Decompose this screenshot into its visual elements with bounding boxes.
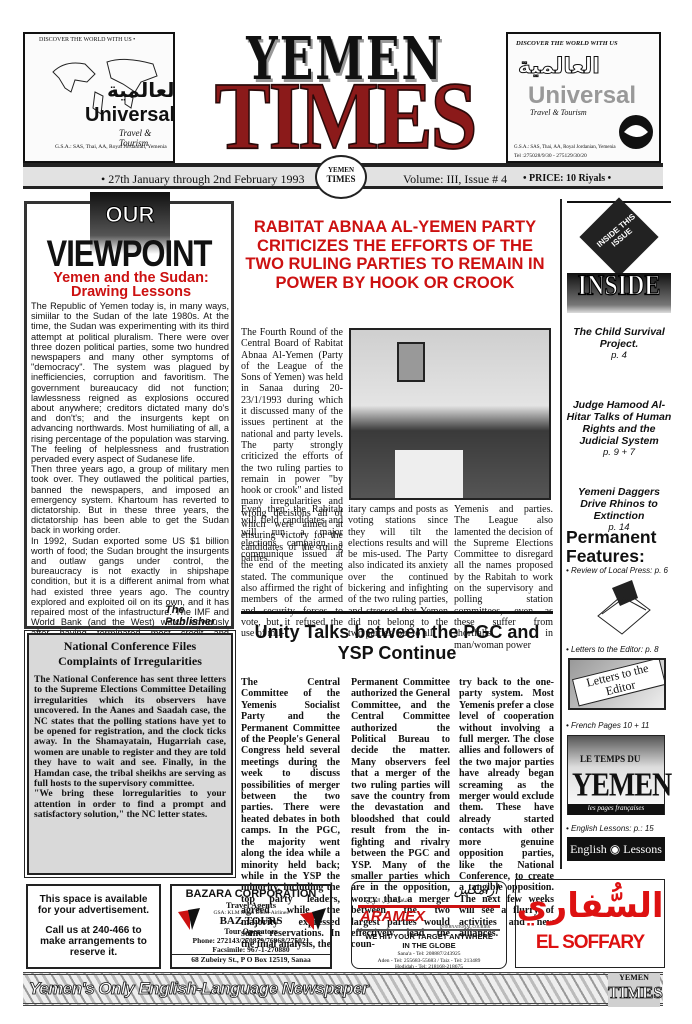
- inside-item-title: Judge Hamood Al-Hitar Talks of Human Rig…: [566, 399, 672, 447]
- feature-item-french[interactable]: • French Pages 10 + 11: [566, 721, 649, 730]
- aramex-arabic: ارامكس: [352, 884, 506, 898]
- ad-available-line2: Call us at 240-466 to make arrangements …: [32, 925, 155, 958]
- footer-logo-top: YEMEN: [608, 973, 660, 983]
- inside-banner-text: INSIDE: [567, 270, 671, 302]
- issue-volume: Volume: III, Issue # 4: [403, 172, 507, 187]
- ad-bazara[interactable]: BAZARA CORPORATION Travel Agents GSA: KL…: [170, 884, 332, 969]
- inside-graphic: INSIDE THIS ISSUE INSIDE: [567, 201, 671, 313]
- bazara-logo-right: [300, 908, 326, 932]
- times-seal: YEMEN TIMES: [315, 155, 367, 199]
- inside-item-title: The Child Survival Project.: [566, 326, 672, 350]
- bazara-address: 68 Zubeiry St., P O Box 12519, Sanaa: [172, 954, 330, 964]
- inside-item-title: Yemeni Daggers Drive Rhinos to Extinctio…: [566, 486, 672, 522]
- nc-body: The National Conference has sent three l…: [34, 675, 226, 821]
- ad-arabic: العالمية: [518, 54, 600, 79]
- soffary-brand: EL SOFFARY: [516, 932, 664, 954]
- footer-slogan: Yemen's Only English-Language Newspaper: [29, 979, 368, 999]
- aramex-slogan: WE HIT YOUR TARGET ANYWHERE IN THE GLOBE: [352, 931, 506, 951]
- aramex-brand: ARAMEX: [352, 909, 506, 924]
- ad-arabic: العالمية: [107, 78, 175, 102]
- ad-universal-right[interactable]: DISCOVER THE WORLD WITH US العالمية Univ…: [506, 32, 661, 163]
- nc-headline: National Conference Files Complaints of …: [34, 639, 226, 669]
- french-top: LE TEMPS DU: [580, 754, 640, 764]
- nc-box: National Conference Files Complaints of …: [27, 633, 233, 875]
- issue-dates: • 27th January through 2nd February 1993: [101, 172, 305, 187]
- features-title: Permanent Features:: [566, 528, 672, 566]
- ad-border-text: DISCOVER THE WORLD WITH US •: [39, 37, 135, 43]
- newspaper-icon: [592, 576, 654, 638]
- unity-headline: Unity Talks between the PGC and YSP Cont…: [244, 622, 550, 664]
- ad-brand: Universal: [528, 82, 636, 110]
- feature-item-english[interactable]: • English Lessons: p.: 15: [566, 824, 654, 833]
- french-pages-graphic: LE TEMPS DU YEMEN les pages françaises: [567, 735, 665, 815]
- inside-item-page: p. 9 + 7: [566, 447, 672, 458]
- english-lessons-graphic: English ◉ Lessons: [567, 837, 665, 861]
- feature-item-letters[interactable]: • Letters to the Editor: p. 8: [566, 645, 659, 654]
- ad-tel: Tel :275028/9/30 - 275129/30/20: [514, 153, 587, 159]
- inside-list: The Child Survival Project. p. 4 Judge H…: [566, 326, 672, 533]
- letters-graphic: Letters to the Editor: [568, 658, 666, 710]
- ad-available-line1: This space is available for your adverti…: [32, 894, 155, 916]
- seal-top: YEMEN: [317, 166, 365, 174]
- nc-paragraph: The National Conference has sent three l…: [34, 675, 226, 789]
- meeting-photo: [349, 328, 551, 500]
- ad-gsa: G.S.A.: SAS, Thai, AA, Royal Jordanian, …: [514, 145, 616, 150]
- inside-item[interactable]: Yemeni Daggers Drive Rhinos to Extinctio…: [566, 486, 672, 533]
- inside-item-page: p. 4: [566, 350, 672, 361]
- french-sub: les pages françaises: [568, 804, 664, 815]
- viewpoint-our: OUR: [90, 202, 170, 228]
- publisher-signature: The Publisher: [165, 604, 231, 628]
- feature-item-press[interactable]: • Review of Local Press: p. 6: [566, 566, 668, 575]
- section-divider: [241, 611, 553, 614]
- sidebar-rule: [560, 199, 562, 869]
- portrait-frame: [397, 342, 425, 382]
- viewpoint-paragraph: The Republic of Yemen today is, in many …: [31, 301, 229, 464]
- nc-paragraph: "We bring these lorregularities to your …: [34, 789, 226, 820]
- footer-logo-bottom: TIMES: [608, 983, 660, 1003]
- viewpoint-box: OUR VIEWPOINT Yemen and the Sudan: Drawi…: [24, 201, 234, 629]
- table-banner: [395, 450, 463, 500]
- inside-item[interactable]: The Child Survival Project. p. 4: [566, 326, 672, 361]
- aramex-arabic-sub: الناقل الدولي السريع: [352, 898, 506, 904]
- french-main: YEMEN: [572, 767, 662, 805]
- footer-logo: YEMEN TIMES: [608, 973, 660, 1007]
- globe-icon: ◉: [610, 842, 620, 856]
- lead-col-1: Even then, the Rabitah will field candid…: [241, 504, 343, 640]
- english-right: Lessons: [623, 842, 662, 856]
- viewpoint-paragraph: Then three years ago, a group of militar…: [31, 464, 229, 535]
- lead-col-2: itary camps and posts as voting stations…: [348, 504, 448, 640]
- letters-graphic-text: Letters to the Editor: [572, 658, 666, 706]
- bazara-phone: Phone: 272143/270879/76968/275021: [172, 936, 330, 945]
- bazara-fax: Facsimile: 967-1-270880: [172, 945, 330, 954]
- aramex-brand-sub: INTERNATIONAL COURIER: [358, 924, 500, 931]
- seal-bottom: TIMES: [317, 174, 365, 184]
- english-left: English: [570, 842, 607, 856]
- issue-price: • PRICE: 10 Riyals •: [523, 173, 611, 184]
- inside-item[interactable]: Judge Hamood Al-Hitar Talks of Human Rig…: [566, 399, 672, 458]
- masthead: YEMEN TIMES: [205, 28, 485, 148]
- ad-tagline: Travel & Tourism: [530, 108, 587, 117]
- bazara-name: BAZARA CORPORATION: [172, 888, 330, 900]
- ad-header: DISCOVER THE WORLD WITH US: [516, 40, 618, 47]
- ad-aramex[interactable]: ارامكس الناقل الدولي السريع ARAMEX INTER…: [351, 881, 507, 969]
- aramex-hodidah: Hodidah - Tel: 218168-218675: [352, 964, 506, 969]
- ad-gsa: G.S.A.: SAS, Thai, AA, Royal Jordanian, …: [55, 144, 167, 150]
- footer-band: Yemen's Only English-Language Newspaper …: [23, 972, 663, 1006]
- lead-headline: RABITAT ABNAA AL-YEMEN PARTY CRITICIZES …: [244, 218, 546, 292]
- ad-available[interactable]: This space is available for your adverti…: [26, 884, 161, 969]
- ad-brand: Universal: [85, 104, 175, 127]
- bazara-logo-left: [178, 908, 200, 932]
- soffary-arabic: السُّفاري: [516, 880, 664, 932]
- viewpoint-headline: Yemen and the Sudan: Drawing Lessons: [37, 271, 225, 299]
- ad-soffary[interactable]: السُّفاري EL SOFFARY: [515, 879, 665, 968]
- ad-universal-left[interactable]: DISCOVER THE WORLD WITH US • العالمية Un…: [23, 32, 175, 163]
